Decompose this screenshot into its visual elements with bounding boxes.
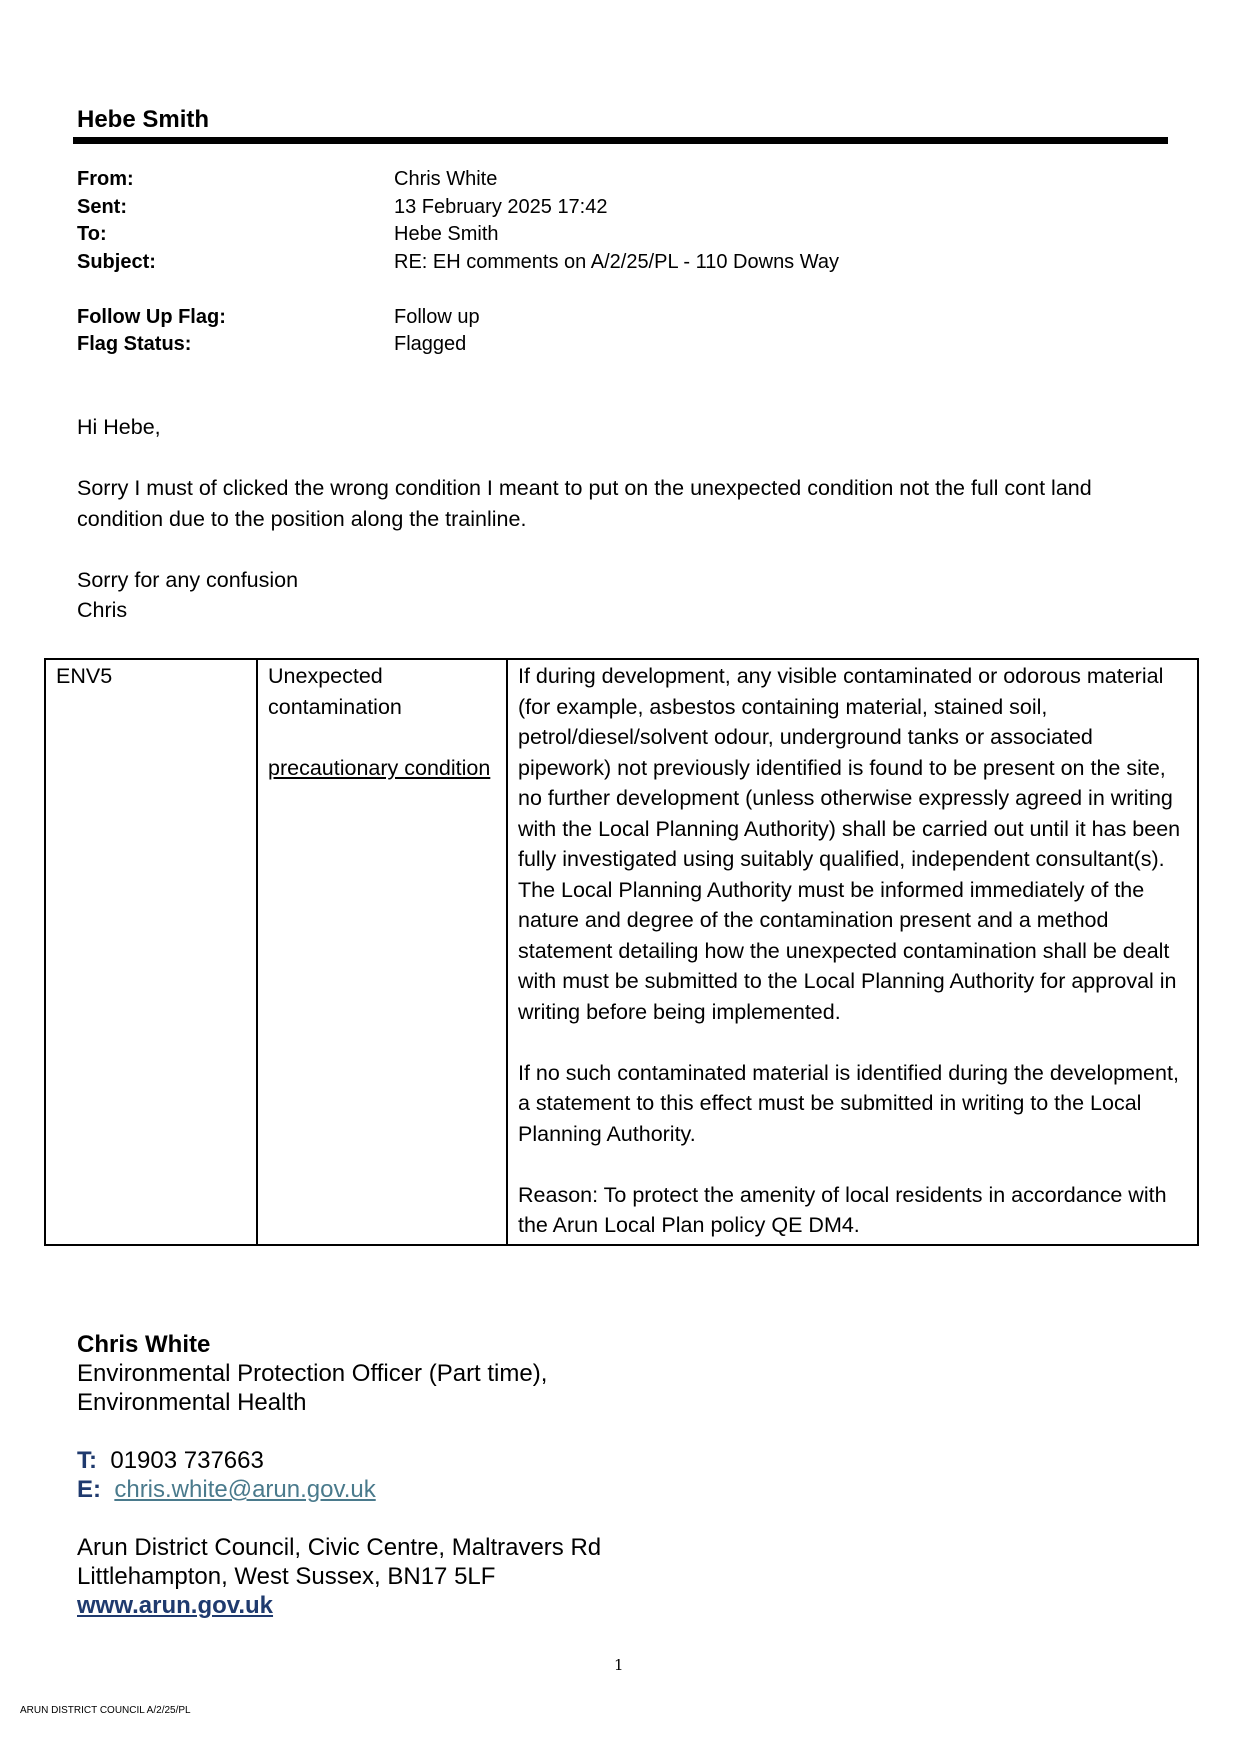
condition-reason: Reason: To protect the amenity of local … [518, 1180, 1187, 1241]
address-line-1: Arun District Council, Civic Centre, Mal… [77, 1533, 601, 1562]
closing-line: Sorry for any confusion [77, 565, 1157, 596]
subject-value: RE: EH comments on A/2/25/PL - 110 Downs… [394, 249, 839, 277]
from-label: From: [77, 166, 394, 194]
header-rule [73, 137, 1168, 144]
greeting: Hi Hebe, [77, 412, 1157, 443]
follow-up-flag-label: Follow Up Flag: [77, 304, 394, 332]
subject-row: Subject: RE: EH comments on A/2/25/PL - … [77, 249, 839, 277]
email-header: From: Chris White Sent: 13 February 2025… [77, 166, 839, 359]
sent-label: Sent: [77, 194, 394, 222]
condition-code: ENV5 [56, 664, 112, 688]
precautionary-condition-link[interactable]: precautionary condition [268, 756, 490, 780]
from-value: Chris White [394, 166, 497, 194]
condition-table: ENV5 Unexpected contamination precaution… [44, 658, 1199, 1246]
address-line-2: Littlehampton, West Sussex, BN17 5LF [77, 1562, 601, 1591]
page-owner-name: Hebe Smith [77, 106, 209, 134]
sign-off-name: Chris [77, 595, 1157, 626]
flag-status-label: Flag Status: [77, 331, 394, 359]
to-value: Hebe Smith [394, 221, 499, 249]
subject-label: Subject: [77, 249, 394, 277]
condition-paragraph: If no such contaminated material is iden… [518, 1058, 1187, 1150]
email-label: E: [77, 1476, 101, 1503]
signature-department: Environmental Health [77, 1388, 601, 1417]
flag-status-value: Flagged [394, 331, 466, 359]
email-link[interactable]: chris.white@arun.gov.uk [114, 1476, 375, 1503]
to-row: To: Hebe Smith [77, 221, 839, 249]
email-signature: Chris White Environmental Protection Off… [77, 1330, 601, 1620]
table-row: ENV5 Unexpected contamination precaution… [45, 659, 1198, 1245]
follow-up-flag-value: Follow up [394, 304, 480, 332]
website-link[interactable]: www.arun.gov.uk [77, 1592, 273, 1619]
email-row: E: chris.white@arun.gov.uk [77, 1475, 601, 1504]
flag-status-row: Flag Status: Flagged [77, 331, 839, 359]
signature-title: Environmental Protection Officer (Part t… [77, 1359, 601, 1388]
sent-value: 13 February 2025 17:42 [394, 194, 608, 222]
condition-text-cell: If during development, any visible conta… [507, 659, 1198, 1245]
condition-title: Unexpected contamination [268, 661, 496, 722]
body-paragraph: Sorry I must of clicked the wrong condit… [77, 473, 1157, 534]
condition-title-cell: Unexpected contamination precautionary c… [257, 659, 507, 1245]
condition-code-cell: ENV5 [45, 659, 257, 1245]
follow-up-flag-row: Follow Up Flag: Follow up [77, 304, 839, 332]
phone-row: T: 01903 737663 [77, 1446, 601, 1475]
to-label: To: [77, 221, 394, 249]
phone-label: T: [77, 1447, 97, 1474]
email-body: Hi Hebe, Sorry I must of clicked the wro… [77, 412, 1157, 626]
page-number: 1 [614, 1656, 624, 1674]
footer-reference: ARUN DISTRICT COUNCIL A/2/25/PL [20, 1705, 191, 1716]
phone-number: 01903 737663 [110, 1447, 264, 1474]
sent-row: Sent: 13 February 2025 17:42 [77, 194, 839, 222]
from-row: From: Chris White [77, 166, 839, 194]
signature-name: Chris White [77, 1330, 601, 1359]
condition-paragraph: If during development, any visible conta… [518, 661, 1187, 1027]
